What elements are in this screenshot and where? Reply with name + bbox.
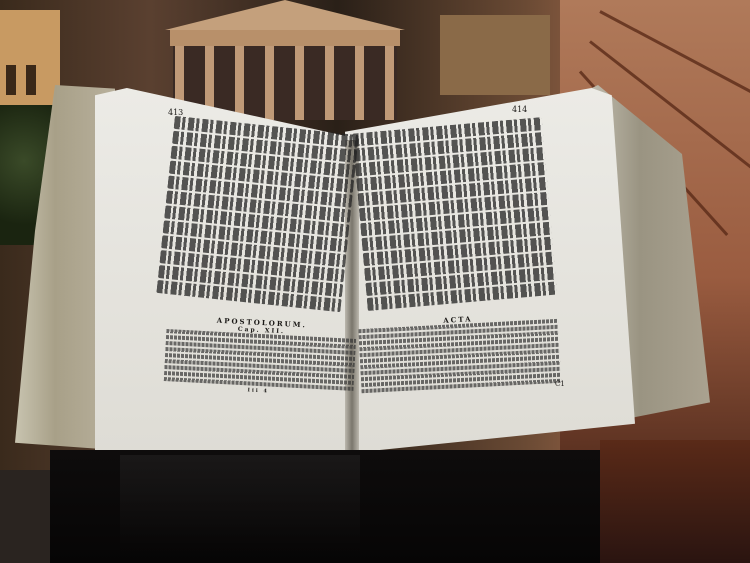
display-case-edge (600, 440, 750, 563)
photo-scene: 413 414 APOSTOLORUM. Cap. XII. Iii 4 ACT… (0, 0, 750, 563)
right-latin-commentary: ACTA (358, 310, 562, 410)
display-case-edge (0, 470, 50, 563)
right-syriac-text (352, 117, 557, 318)
left-latin-commentary: APOSTOLORUM. Cap. XII. Iii 4 (163, 313, 357, 403)
left-syriac-text (156, 116, 359, 314)
right-page-number: 414 (512, 105, 527, 114)
glass-glare (120, 455, 360, 555)
right-signature: C1 (555, 380, 565, 388)
